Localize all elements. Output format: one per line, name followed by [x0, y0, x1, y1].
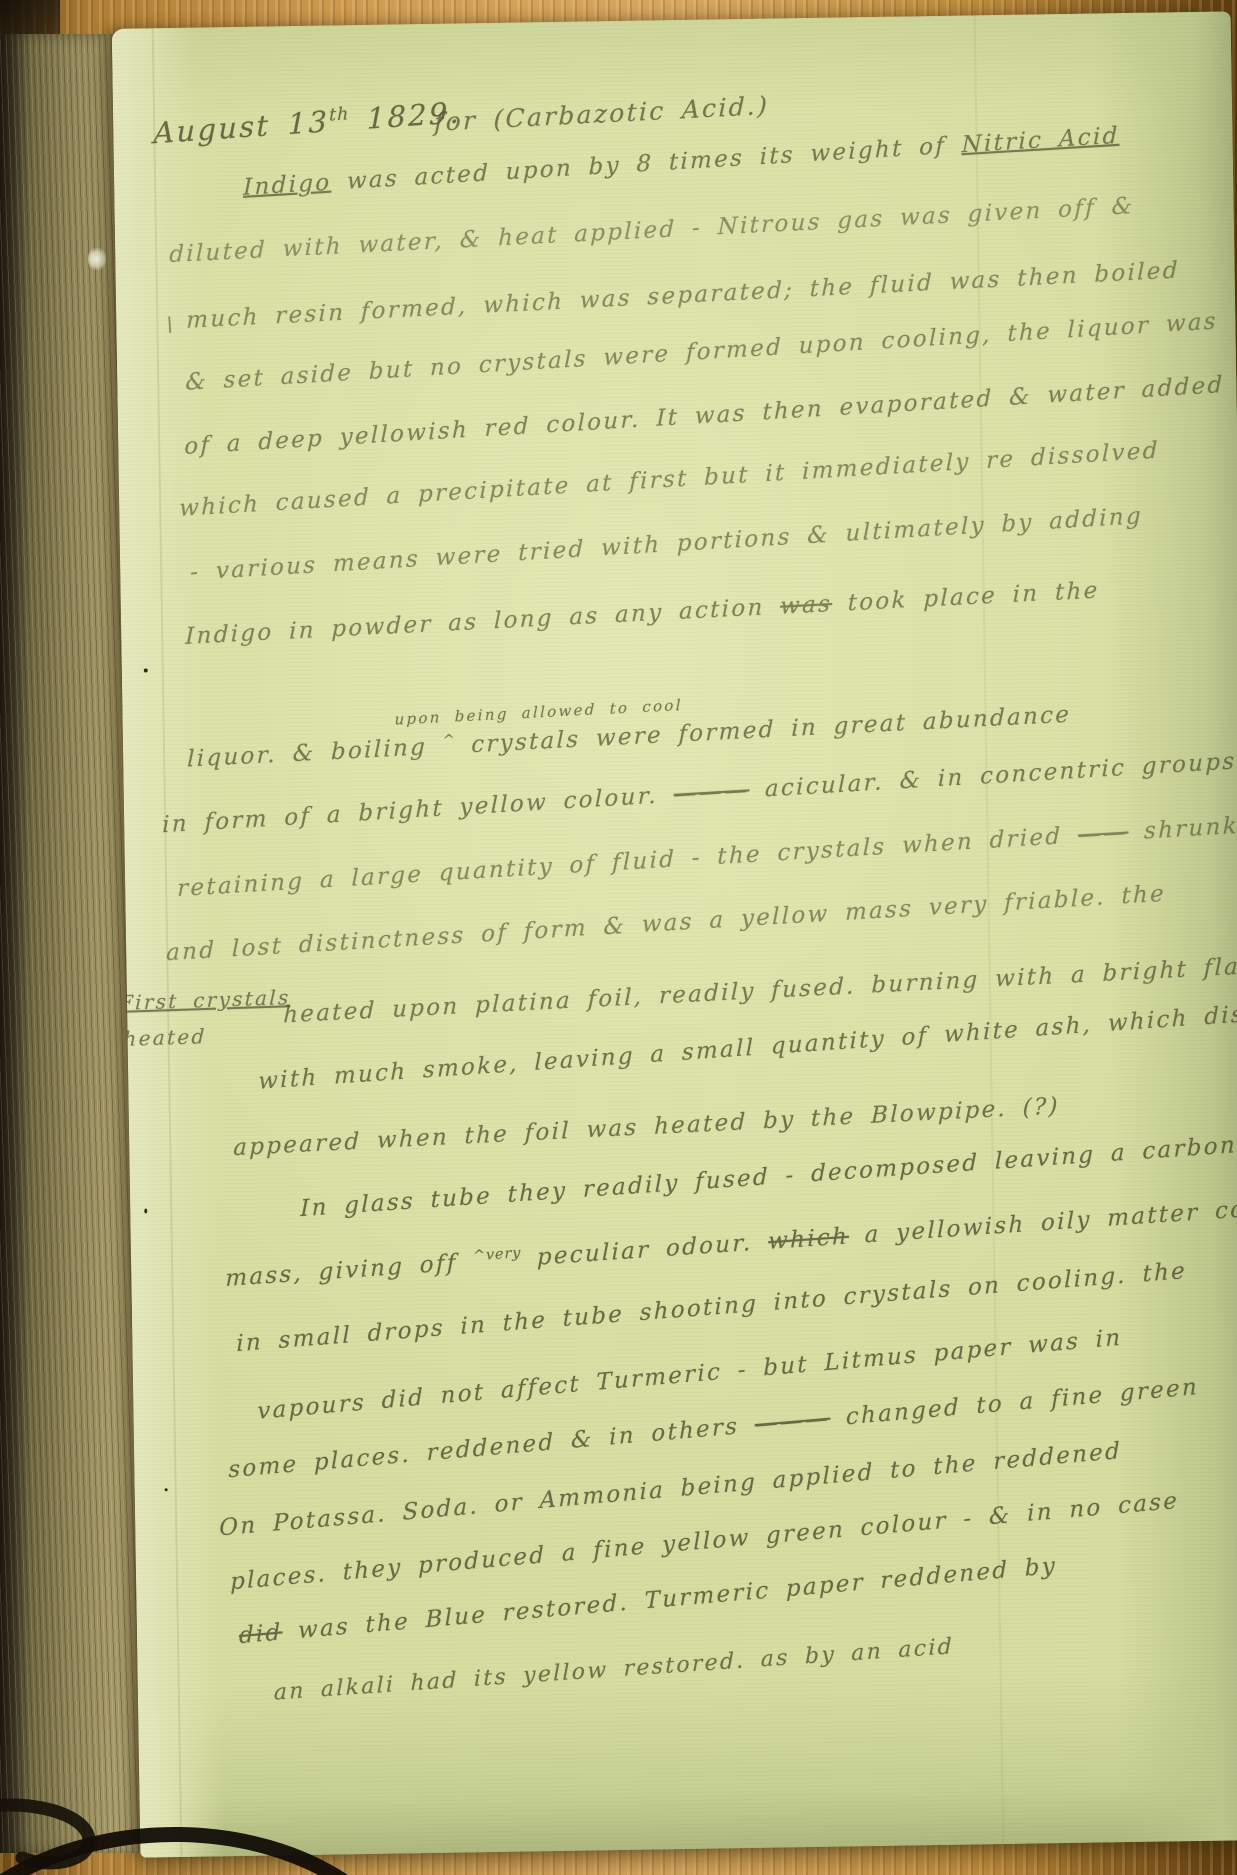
- margin-tick-4: \: [166, 312, 176, 336]
- margin-note-17: heated: [123, 1024, 207, 1051]
- text-segment: ^very: [473, 1245, 521, 1264]
- text-segment: \: [166, 312, 176, 336]
- text-segment: did: [239, 1619, 283, 1649]
- text-segment: heated: [123, 1024, 207, 1051]
- text-segment: which: [768, 1223, 849, 1255]
- ink-speck: [144, 1208, 147, 1213]
- text-segment: th: [329, 104, 349, 125]
- manuscript-photo: August 13th 1829.for (Carbazotic Acid.)I…: [0, 0, 1237, 1875]
- paper-highlight-spot: [88, 246, 106, 272]
- text-segment: ———: [673, 777, 749, 808]
- text-segment: ——: [1078, 819, 1129, 848]
- text-segment: Indigo: [243, 170, 331, 201]
- text-segment: was: [780, 591, 833, 620]
- ink-speck: [165, 1488, 168, 1491]
- text-segment: ^: [443, 732, 456, 749]
- ink-speck: [144, 668, 148, 672]
- notebook-page: August 13th 1829.for (Carbazotic Acid.)I…: [112, 11, 1237, 1857]
